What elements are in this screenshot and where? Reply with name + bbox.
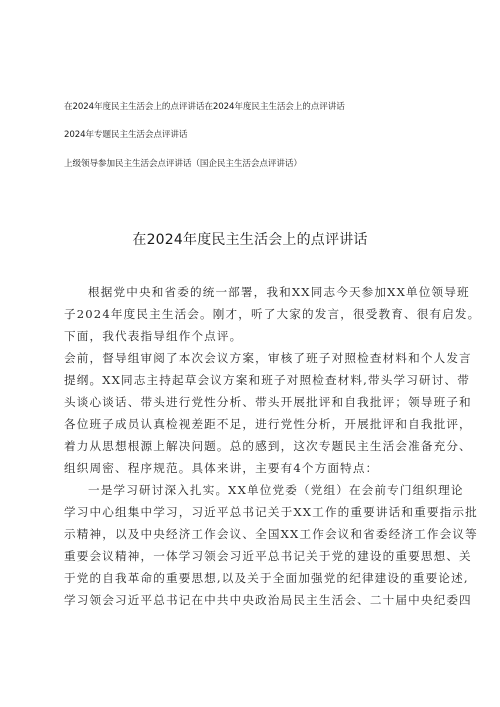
paragraph-line: 根据党中央和省委的统一部署，我和XX同志今天参加XX单位领导班 — [64, 285, 438, 299]
paragraph-line: 示精神，以及中央经济工作会议、全国XX工作会议和省委经济工作会议等 — [64, 527, 438, 541]
document-title: 在2024年度民主生活会上的点评讲话 — [0, 229, 500, 249]
paragraph-line: 组织周密、程序规范。具体来讲，主要有4个方面特点： — [64, 461, 438, 475]
toc-item-3[interactable]: 上级领导参加民主生活会点评讲话（国企民主生活会点评讲话） — [64, 157, 302, 169]
paragraph-line: 下面，我代表指导组作个点评。 — [64, 329, 438, 343]
paragraph-line: 头谈心谈话、带头进行党性分析、带头开展批评和自我批评；领导班子和 — [64, 395, 438, 409]
paragraph-line: 提纲。XX同志主持起草会议方案和班子对照检查材料,带头学习研讨、带 — [64, 373, 438, 387]
paragraph-line: 子2024年度民主生活会。刚才，听了大家的发言，很受教育、很有启发。 — [64, 307, 438, 321]
paragraph-line: 于党的自我革命的重要思想,以及关于全面加强党的纪律建设的重要论述, — [64, 571, 438, 585]
paragraph-line: 会前，督导组审阅了本次会议方案，审核了班子对照检查材料和个人发言 — [64, 351, 438, 365]
paragraph-line: 一是学习研讨深入扎实。XX单位党委（党组）在会前专门组织理论 — [64, 483, 438, 497]
paragraph-line: 学习中心组集中学习，习近平总书记关于XX工作的重要讲话和重要指示批 — [64, 505, 438, 519]
paragraph-line: 学习领会习近平总书记在中共中央政治局民主生活会、二十届中央纪委四 — [64, 593, 438, 607]
paragraph-line: 各位班子成员认真检视差距不足，进行党性分析，开展批评和自我批评， — [64, 417, 438, 431]
toc-item-1[interactable]: 在2024年度民主生活会上的点评讲话在2024年度民主生活会上的点评讲话 — [64, 100, 345, 112]
paragraph-line: 着力从思想根源上解决问题。总的感到，这次专题民主生活会准备充分、 — [64, 439, 438, 453]
paragraph-line: 重要会议精神，一体学习领会习近平总书记关于党的建设的重要思想、关 — [64, 549, 438, 563]
toc-item-2[interactable]: 2024年专题民主生活会点评讲话 — [64, 128, 187, 140]
